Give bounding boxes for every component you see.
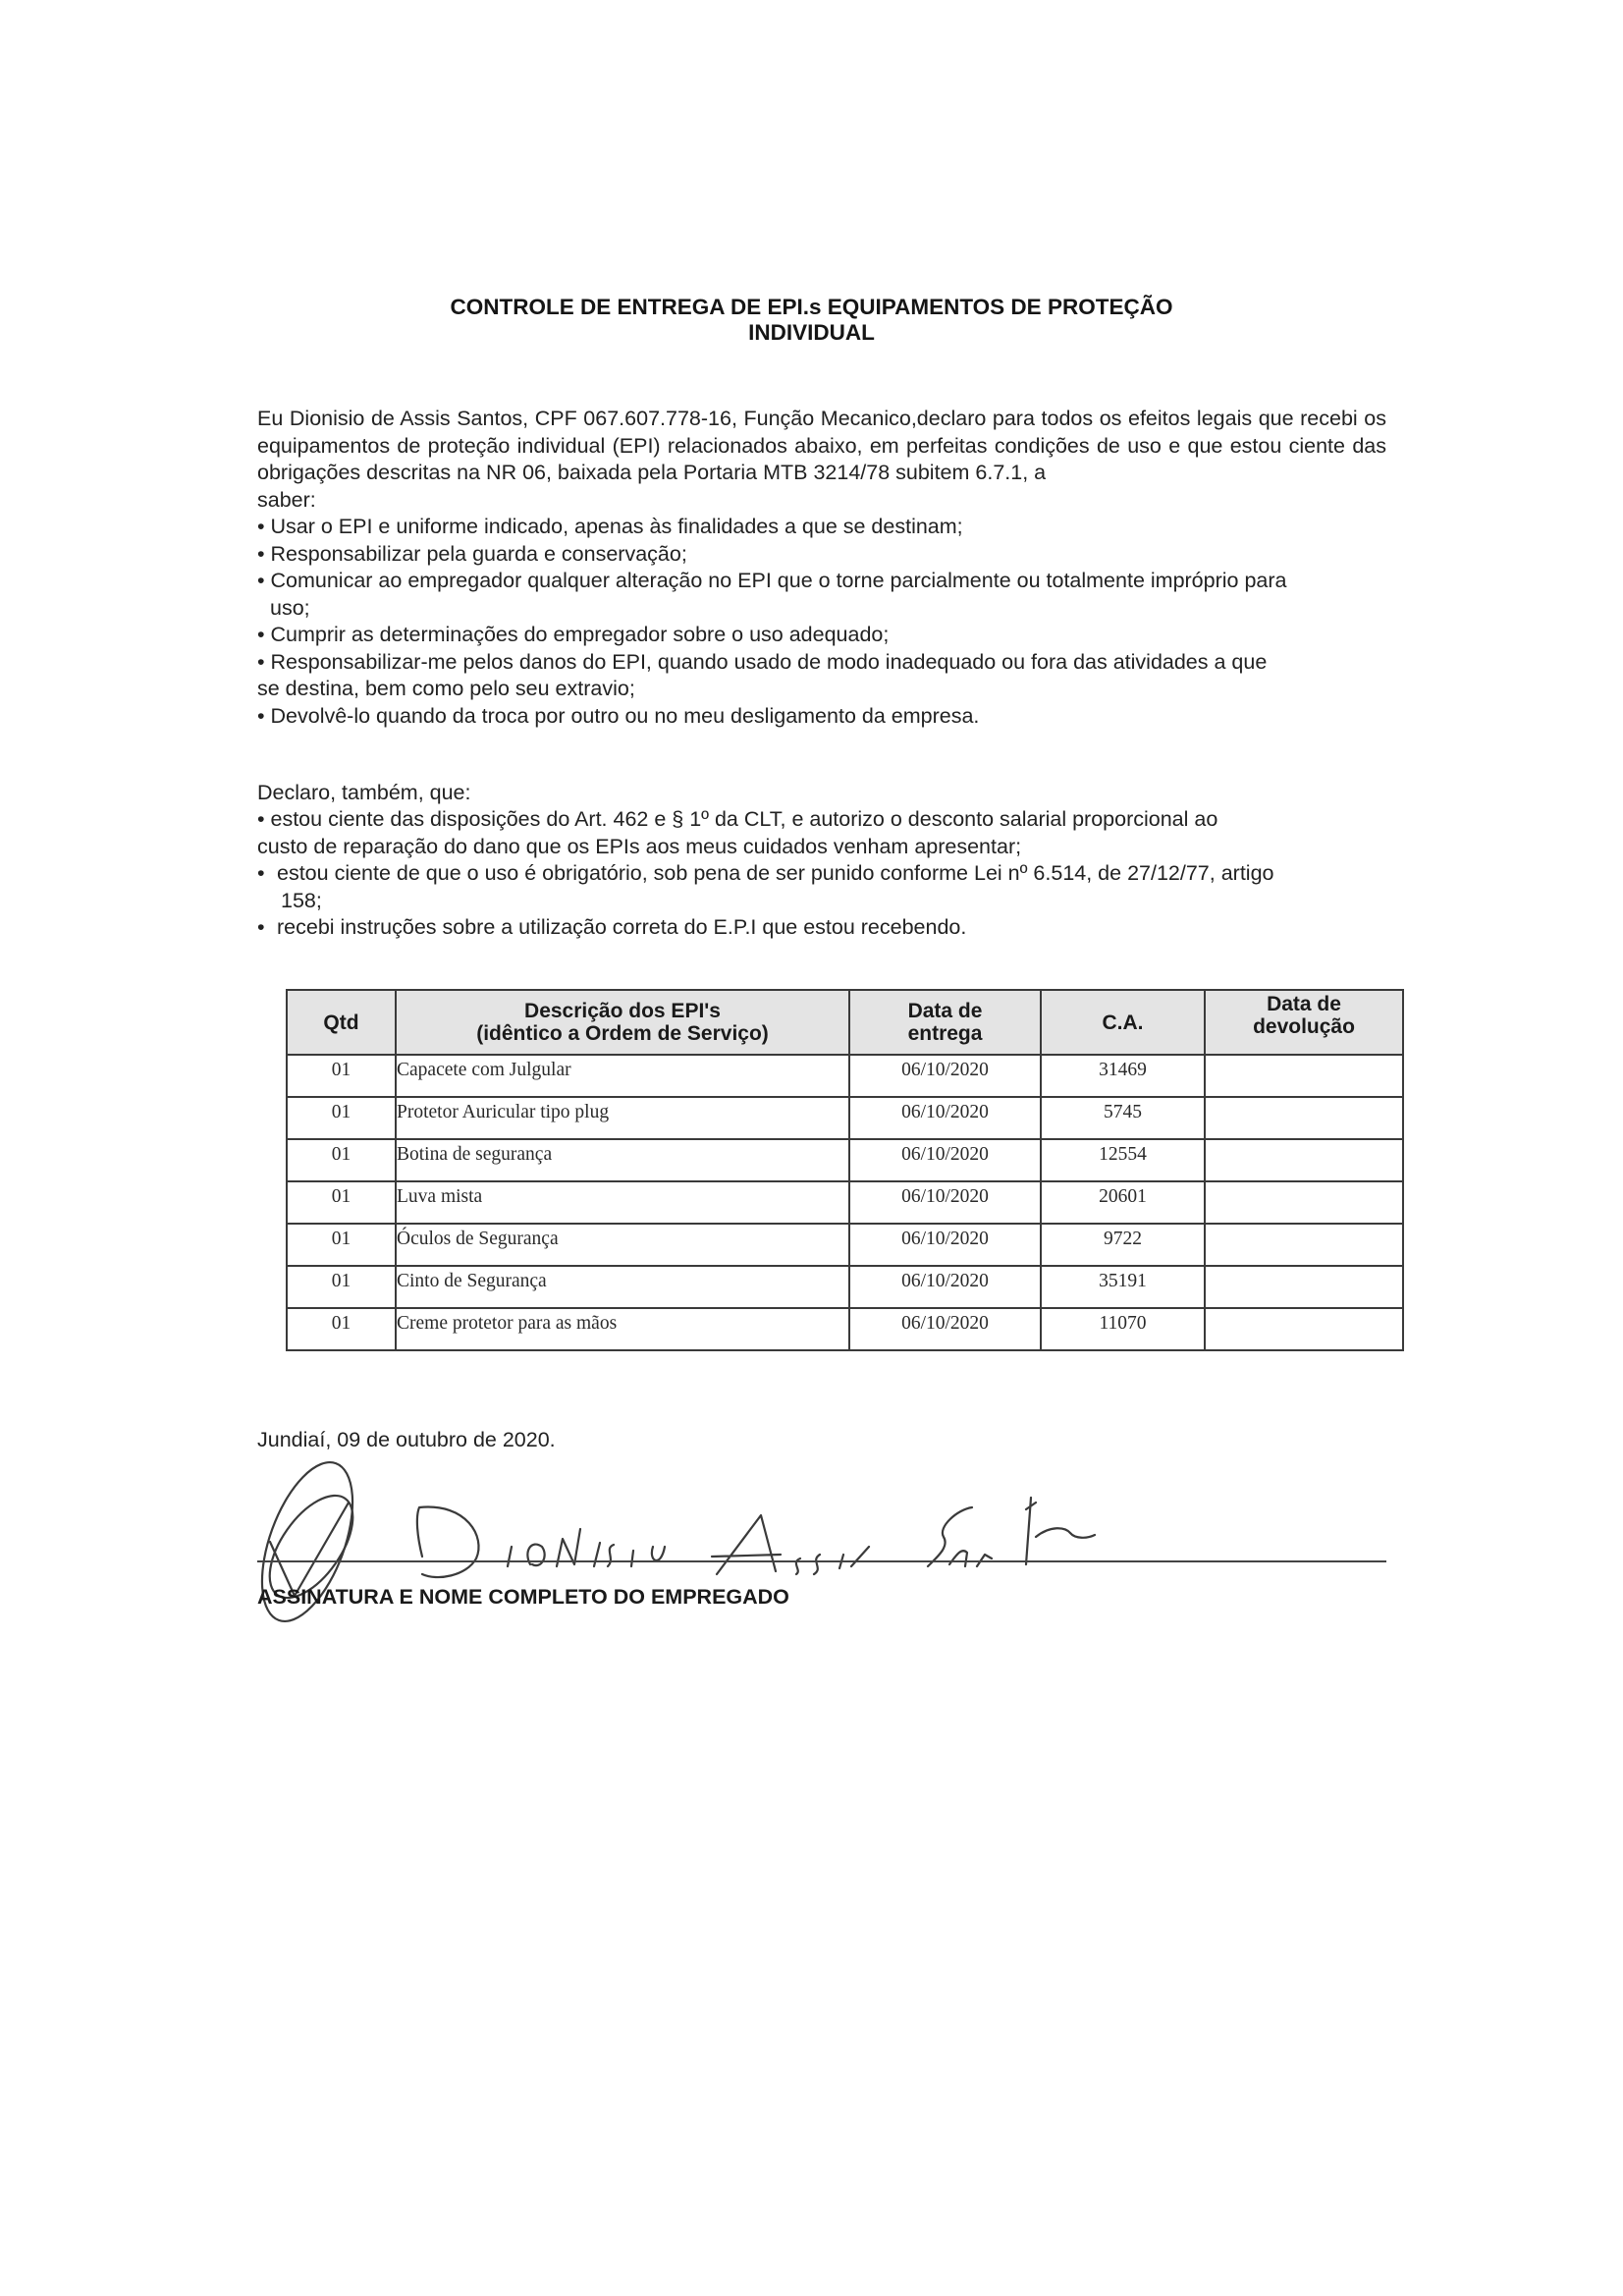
title-line-1: CONTROLE DE ENTREGA DE EPI.s EQUIPAMENTO… xyxy=(295,295,1328,320)
return-date-cell xyxy=(1205,1055,1403,1097)
description-cell: Capacete com Julgular xyxy=(396,1055,849,1097)
return-date-cell xyxy=(1205,1308,1403,1350)
declaration-item: estou ciente de que o uso é obrigatório,… xyxy=(257,860,1386,914)
header-return-date: Data de devolução xyxy=(1205,990,1403,1055)
obligations-list: • Usar o EPI e uniforme indicado, apenas… xyxy=(257,514,1386,730)
table-row: 01Protetor Auricular tipo plug06/10/2020… xyxy=(287,1097,1403,1139)
obligation-item: • Cumprir as determinações do empregador… xyxy=(257,622,1386,649)
obligation-text: • Devolvê-lo quando da troca por outro o… xyxy=(257,703,1386,731)
return-date-cell xyxy=(1205,1097,1403,1139)
delivery-date-cell: 06/10/2020 xyxy=(849,1266,1041,1308)
description-cell: Creme protetor para as mãos xyxy=(396,1308,849,1350)
ca-cell: 11070 xyxy=(1041,1308,1205,1350)
title-line-2: INDIVIDUAL xyxy=(295,320,1328,346)
obligation-item: • Usar o EPI e uniforme indicado, apenas… xyxy=(257,514,1386,541)
delivery-date-cell: 06/10/2020 xyxy=(849,1097,1041,1139)
intro-paragraph: Eu Dionisio de Assis Santos, CPF 067.607… xyxy=(257,406,1386,514)
declaration-item: recebi instruções sobre a utilização cor… xyxy=(257,914,1386,942)
header-description: Descrição dos EPI's (idêntico a Ordem de… xyxy=(396,990,849,1055)
intro-text: Eu Dionisio de Assis Santos, CPF 067.607… xyxy=(257,407,1386,484)
qty-cell: 01 xyxy=(287,1139,396,1181)
qty-cell: 01 xyxy=(287,1097,396,1139)
signature-line xyxy=(257,1560,1386,1562)
declaration-text: • estou ciente das disposições do Art. 4… xyxy=(257,806,1386,834)
header-ca: C.A. xyxy=(1041,990,1205,1055)
delivery-date-cell: 06/10/2020 xyxy=(849,1139,1041,1181)
declaration-text: recebi instruções sobre a utilização cor… xyxy=(277,914,1386,942)
delivery-date-cell: 06/10/2020 xyxy=(849,1055,1041,1097)
header-description-line-2: (idêntico a Ordem de Serviço) xyxy=(397,1022,848,1045)
ca-cell: 5745 xyxy=(1041,1097,1205,1139)
ca-cell: 31469 xyxy=(1041,1055,1205,1097)
header-delivery-date: Data de entrega xyxy=(849,990,1041,1055)
declaration-text-continued: 158; xyxy=(277,888,1386,915)
return-date-cell xyxy=(1205,1224,1403,1266)
intro-tail: saber: xyxy=(257,487,1386,515)
qty-cell: 01 xyxy=(287,1055,396,1097)
qty-cell: 01 xyxy=(287,1181,396,1224)
delivery-date-cell: 06/10/2020 xyxy=(849,1181,1041,1224)
description-cell: Protetor Auricular tipo plug xyxy=(396,1097,849,1139)
ca-cell: 9722 xyxy=(1041,1224,1205,1266)
description-cell: Óculos de Segurança xyxy=(396,1224,849,1266)
table-row: 01Óculos de Segurança06/10/20209722 xyxy=(287,1224,1403,1266)
header-return-line-2: devolução xyxy=(1206,1015,1402,1038)
return-date-cell xyxy=(1205,1139,1403,1181)
table-header-row: Qtd Descrição dos EPI's (idêntico a Orde… xyxy=(287,990,1403,1055)
description-cell: Cinto de Segurança xyxy=(396,1266,849,1308)
ca-cell: 35191 xyxy=(1041,1266,1205,1308)
description-cell: Botina de segurança xyxy=(396,1139,849,1181)
ca-cell: 12554 xyxy=(1041,1139,1205,1181)
header-description-line-1: Descrição dos EPI's xyxy=(397,1000,848,1022)
return-date-cell xyxy=(1205,1181,1403,1224)
header-delivery-line-2: entrega xyxy=(850,1022,1040,1045)
obligation-item: • Devolvê-lo quando da troca por outro o… xyxy=(257,703,1386,731)
description-cell: Luva mista xyxy=(396,1181,849,1224)
declaration-item: • estou ciente das disposições do Art. 4… xyxy=(257,806,1386,860)
qty-cell: 01 xyxy=(287,1224,396,1266)
declarations-list: • estou ciente das disposições do Art. 4… xyxy=(257,806,1386,942)
obligation-text-continued: uso; xyxy=(257,595,1386,623)
declaration-text: estou ciente de que o uso é obrigatório,… xyxy=(277,860,1386,888)
obligation-text: • Comunicar ao empregador qualquer alter… xyxy=(257,568,1386,595)
obligation-text: • Cumprir as determinações do empregador… xyxy=(257,622,1386,649)
header-return-line-1: Data de xyxy=(1206,993,1402,1015)
obligation-text: • Usar o EPI e uniforme indicado, apenas… xyxy=(257,514,1386,541)
declaration-text-continued: custo de reparação do dano que os EPIs a… xyxy=(257,834,1386,861)
ca-cell: 20601 xyxy=(1041,1181,1205,1224)
epi-table: Qtd Descrição dos EPI's (idêntico a Orde… xyxy=(286,989,1404,1351)
declaration-heading: Declaro, também, que: xyxy=(257,780,471,807)
epi-delivery-form: CONTROLE DE ENTREGA DE EPI.s EQUIPAMENTO… xyxy=(0,0,1623,2296)
qty-cell: 01 xyxy=(287,1266,396,1308)
obligation-item: • Responsabilizar pela guarda e conserva… xyxy=(257,541,1386,569)
obligation-text: • Responsabilizar pela guarda e conserva… xyxy=(257,541,1386,569)
header-delivery-line-1: Data de xyxy=(850,1000,1040,1022)
qty-cell: 01 xyxy=(287,1308,396,1350)
obligation-item: • Comunicar ao empregador qualquer alter… xyxy=(257,568,1386,622)
handwritten-signature xyxy=(250,1449,1193,1645)
table-row: 01Capacete com Julgular06/10/202031469 xyxy=(287,1055,1403,1097)
obligation-text: • Responsabilizar-me pelos danos do EPI,… xyxy=(257,649,1386,677)
table-row: 01Cinto de Segurança06/10/202035191 xyxy=(287,1266,1403,1308)
table-row: 01 Botina de segurança06/10/202012554 xyxy=(287,1139,1403,1181)
delivery-date-cell: 06/10/2020 xyxy=(849,1308,1041,1350)
obligation-text-continued: se destina, bem como pelo seu extravio; xyxy=(257,676,1386,703)
obligation-item: • Responsabilizar-me pelos danos do EPI,… xyxy=(257,649,1386,703)
table-row: 01Creme protetor para as mãos06/10/20201… xyxy=(287,1308,1403,1350)
signature-label: ASSINATURA E NOME COMPLETO DO EMPREGADO xyxy=(257,1585,789,1610)
table-row: 01Luva mista06/10/202020601 xyxy=(287,1181,1403,1224)
header-qtd: Qtd xyxy=(287,990,396,1055)
epi-table-body: 01Capacete com Julgular06/10/20203146901… xyxy=(287,1055,1403,1350)
return-date-cell xyxy=(1205,1266,1403,1308)
document-title: CONTROLE DE ENTREGA DE EPI.s EQUIPAMENTO… xyxy=(295,295,1328,346)
delivery-date-cell: 06/10/2020 xyxy=(849,1224,1041,1266)
